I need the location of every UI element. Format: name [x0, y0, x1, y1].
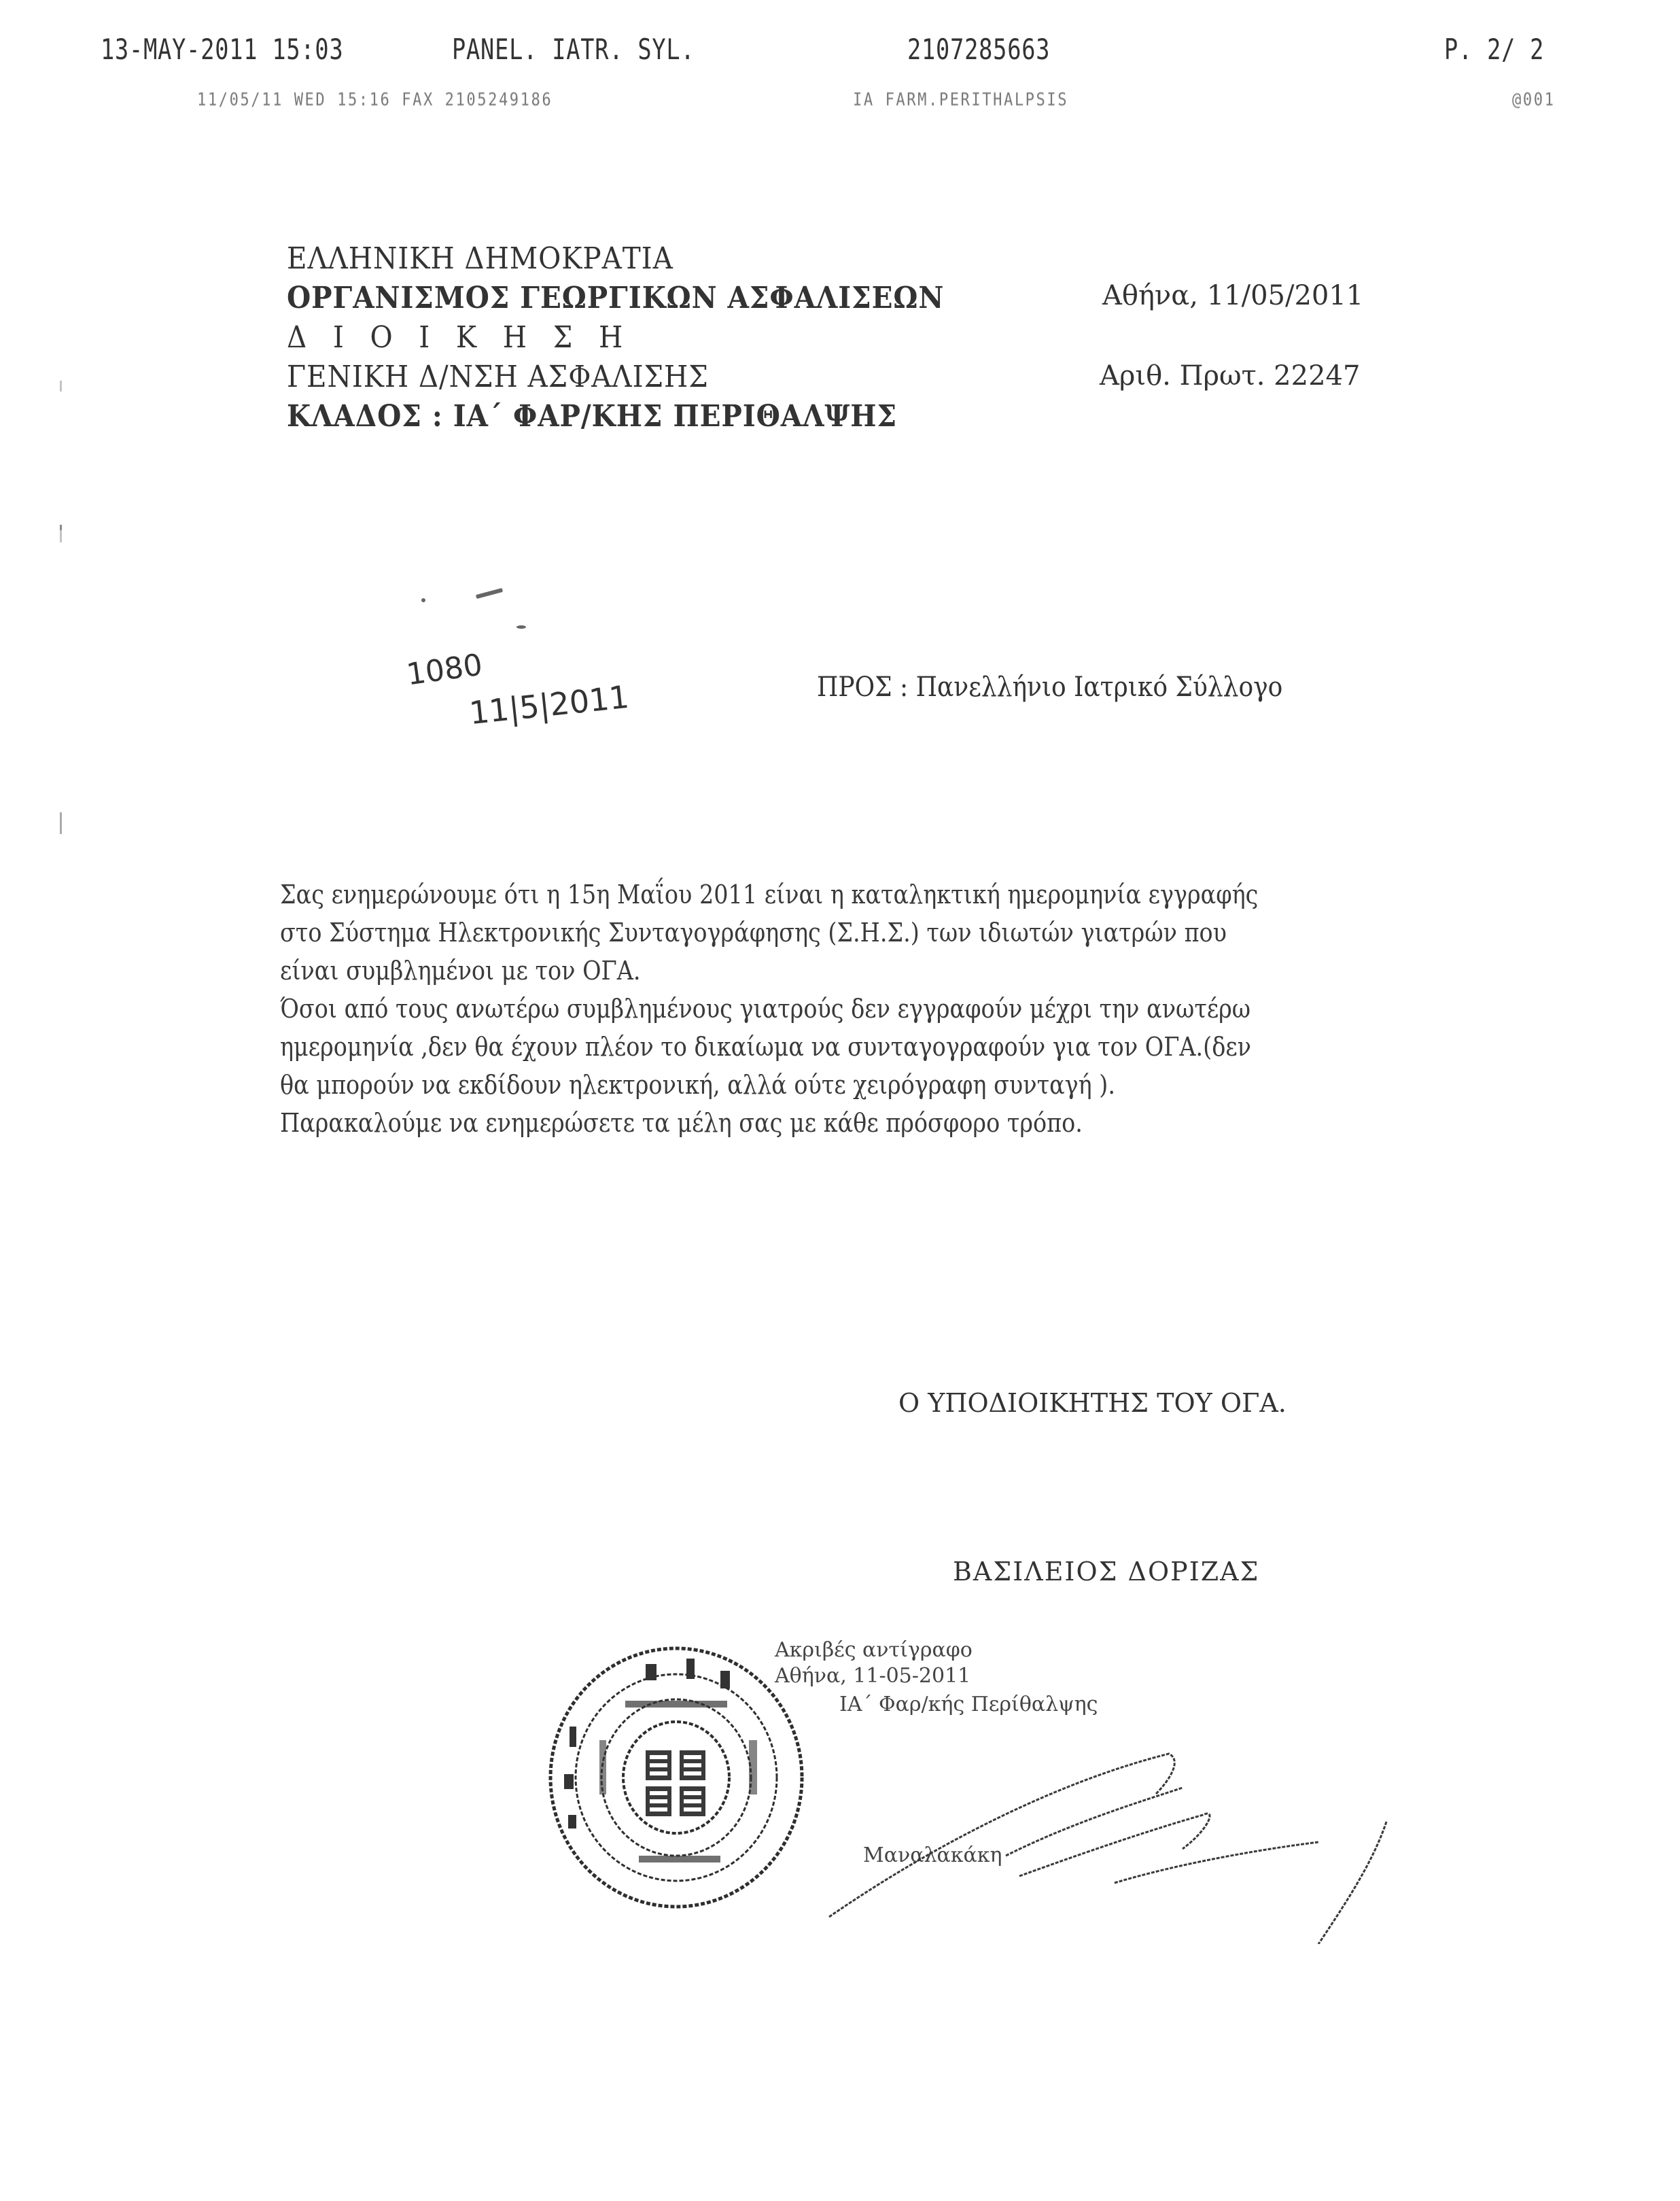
- scan-speck: [421, 598, 425, 602]
- margin-mark: [60, 530, 62, 542]
- fax-datetime: 13-MAY-2011 15:03: [101, 33, 344, 66]
- body-line: θα μπορούν να εκδίδουν ηλεκτρονική, αλλά…: [280, 1066, 1291, 1104]
- letterhead-directorate: ΓΕΝΙΚΗ Δ/ΝΣΗ ΑΣΦΑΛΙΣΗΣ: [287, 358, 944, 397]
- body-line: ημερομηνία ,δεν θα έχουν πλέον το δικαίω…: [280, 1028, 1291, 1066]
- fax-sub-left: 11/05/11 WED 15:16 FAX 2105249186: [197, 90, 553, 110]
- fax-sender: PANEL. IATR. SYL.: [452, 33, 695, 66]
- fax-sub-right: @001: [1512, 90, 1555, 110]
- letterhead-organization: ΟΡΓΑΝΙΣΜΟΣ ΓΕΩΡΓΙΚΩΝ ΑΣΦΑΛΙΣΕΩΝ: [287, 279, 944, 318]
- protocol-number: Αριθ. Πρωτ. 22247: [1100, 360, 1360, 392]
- fax-phone: 2107285663: [907, 33, 1050, 66]
- signatory-title: Ο ΥΠΟΔΙΟΙΚΗΤΗΣ ΤΟΥ ΟΓΑ.: [898, 1388, 1287, 1418]
- handwritten-number: 1080: [404, 647, 485, 692]
- letterhead-administration: Δ Ι Ο Ι Κ Η Σ Η: [287, 318, 944, 358]
- letter-body: Σας ενημερώνουμε ότι η 15η Μαΐου 2011 εί…: [280, 876, 1429, 1142]
- scan-speck: [476, 588, 503, 599]
- place-date: Αθήνα, 11/05/2011: [1102, 280, 1363, 311]
- letterhead-republic: ΕΛΛΗΝΙΚΗ ΔΗΜΟΚΡΑΤΙΑ: [287, 239, 944, 279]
- body-line: Σας ενημερώνουμε ότι η 15η Μαΐου 2011 εί…: [280, 876, 1291, 914]
- fax-page: P. 2/ 2: [1444, 33, 1544, 66]
- body-line: Όσοι από τους ανωτέρω συμβλημένους γιατρ…: [280, 990, 1291, 1028]
- body-line: είναι συμβλημένοι με τον ΟΓΑ.: [280, 952, 1291, 990]
- handwritten-date: 11|5|2011: [468, 678, 631, 731]
- body-line: Παρακαλούμε να ενημερώσετε τα μέλη σας μ…: [280, 1104, 1291, 1142]
- letterhead: ΕΛΛΗΝΙΚΗ ΔΗΜΟΚΡΑΤΙΑ ΟΡΓΑΝΙΣΜΟΣ ΓΕΩΡΓΙΚΩΝ…: [287, 239, 1001, 436]
- letterhead-branch: ΚΛΑΔΟΣ : ΙΑ΄ ΦΑΡ/ΚΗΣ ΠΕΡΙΘΑΛΨΗΣ: [287, 397, 944, 436]
- certified-copy-department: ΙΑ΄ Φαρ/κής Περίθαλψης: [839, 1693, 1098, 1716]
- signatory-name: ΒΑΣΙΛΕΙΟΣ ΔΟΡΙΖΑΣ: [953, 1557, 1259, 1587]
- margin-mark: [60, 525, 62, 530]
- scan-speck: [517, 625, 526, 629]
- handwritten-signature-icon: [802, 1740, 1414, 1944]
- official-stamp-icon: [544, 1638, 816, 1910]
- body-line: στο Σύστημα Ηλεκτρονικής Συνταγογράφησης…: [280, 914, 1291, 952]
- margin-mark: [60, 381, 62, 392]
- margin-mark: [60, 812, 62, 834]
- recipient-line: ΠΡΟΣ : Πανελλήνιο Ιατρικό Σύλλογο: [817, 672, 1282, 703]
- fax-sub-mid: IA FARM.PERITHALPSIS: [853, 90, 1068, 110]
